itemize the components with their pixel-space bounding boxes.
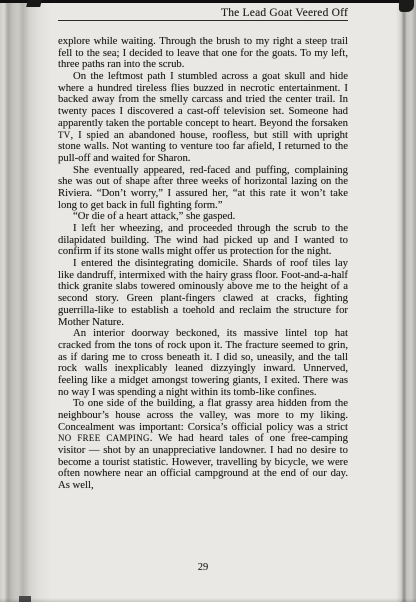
text-run: “Or die of a heart attack,” she gasped. <box>73 210 235 222</box>
gutter-shadow <box>0 0 52 602</box>
page-number: 29 <box>58 562 348 573</box>
text-run: She eventually appeared, red-faced and p… <box>58 164 348 211</box>
photo-bottom-edge <box>0 598 416 602</box>
text-run: I entered the disintegrating domicile. S… <box>58 257 348 327</box>
smallcaps-run: NO FREE CAMPING <box>58 433 150 443</box>
text-run: On the leftmost path I stumbled across a… <box>58 70 348 129</box>
paragraph: An interior doorway beckoned, its massiv… <box>58 328 348 398</box>
photo-top-edge <box>0 0 406 3</box>
text-run: An interior doorway beckoned, its massiv… <box>58 327 348 397</box>
text-run: explore while waiting. Through the brush… <box>58 35 348 70</box>
text-run: , I spied an abandoned house, roofless, … <box>58 129 348 164</box>
running-head: The Lead Goat Veered Off <box>58 4 348 21</box>
body-text: explore while waiting. Through the brush… <box>58 36 348 492</box>
page-corner-notch <box>26 0 42 7</box>
paragraph: explore while waiting. Through the brush… <box>58 36 348 71</box>
paragraph: On the leftmost path I stumbled across a… <box>58 71 348 165</box>
text-run: To one side of the building, a flat gras… <box>58 397 348 432</box>
paragraph: I left her wheezing, and proceeded throu… <box>58 223 348 258</box>
running-head-title: The Lead Goat Veered Off <box>221 7 348 20</box>
paragraph: I entered the disintegrating domicile. S… <box>58 258 348 328</box>
smallcaps-run: TV <box>58 130 71 140</box>
page-edge-right <box>396 0 416 602</box>
text-run: I left her wheezing, and proceeded throu… <box>58 222 348 257</box>
book-page-photo: The Lead Goat Veered Off explore while w… <box>0 0 416 602</box>
paragraph: She eventually appeared, red-faced and p… <box>58 165 348 212</box>
paragraph: To one side of the building, a flat gras… <box>58 398 348 492</box>
